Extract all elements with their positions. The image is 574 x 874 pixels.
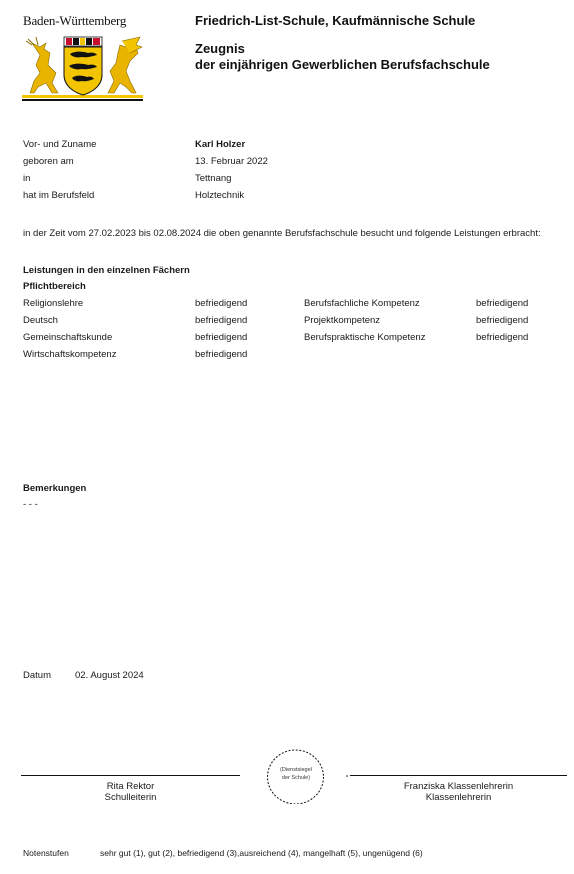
teacher-name: Franziska Klassenlehrerin [350, 781, 567, 792]
coat-of-arms-icon [22, 35, 143, 103]
attendance-period-text: in der Zeit vom 27.02.2023 bis 02.08.202… [23, 228, 568, 239]
birthdate-label: geboren am [23, 156, 74, 167]
date-value: 02. August 2024 [75, 670, 144, 681]
subject-name: Wirtschaftskompetenz [23, 349, 116, 360]
subject-grade: befriedigend [476, 332, 528, 343]
subject-grade: befriedigend [195, 332, 247, 343]
principal-name: Rita Rektor [21, 781, 240, 792]
seal-label-line2: der Schule) [266, 774, 326, 782]
teacher-role: Klassenlehrerin [350, 792, 567, 803]
remarks-text: - - - [23, 499, 38, 510]
subject-name: Gemeinschaftskunde [23, 332, 112, 343]
subject-grade: befriedigend [195, 315, 247, 326]
remarks-heading: Bemerkungen [23, 483, 86, 494]
document-subtitle: der einjährigen Gewerblichen Berufsfachs… [195, 57, 490, 72]
birthplace-value: Tettnang [195, 173, 231, 184]
grading-scale-text: sehr gut (1), gut (2), befriedigend (3),… [100, 848, 423, 858]
principal-role: Schulleiterin [21, 792, 240, 803]
birthplace-label: in [23, 173, 30, 184]
state-name: Baden-Württemberg [23, 13, 126, 29]
name-label: Vor- und Zuname [23, 139, 96, 150]
name-value: Karl Holzer [195, 139, 245, 150]
subject-name: Berufspraktische Kompetenz [304, 332, 425, 343]
signature-line-left [21, 775, 240, 776]
seal-label: (Dienstsiegel der Schule) [266, 766, 326, 782]
field-label: hat im Berufsfeld [23, 190, 94, 201]
subject-name: Projektkompetenz [304, 315, 380, 326]
field-value: Holztechnik [195, 190, 244, 201]
subject-grade: befriedigend [195, 298, 247, 309]
subject-grade: befriedigend [476, 298, 528, 309]
grades-heading: Leistungen in den einzelnen Fächern [23, 265, 190, 276]
subject-name: Deutsch [23, 315, 58, 326]
date-label: Datum [23, 670, 51, 681]
birthdate-value: 13. Februar 2022 [195, 156, 268, 167]
seal-label-line1: (Dienstsiegel [266, 766, 326, 774]
signature-line-right [350, 775, 567, 776]
school-name: Friedrich-List-Schule, Kaufmännische Sch… [195, 13, 475, 28]
subject-name: Berufsfachliche Kompetenz [304, 298, 420, 309]
subject-grade: befriedigend [195, 349, 247, 360]
subject-grade: befriedigend [476, 315, 528, 326]
document-title: Zeugnis [195, 41, 245, 56]
signature-right: Franziska Klassenlehrerin Klassenlehreri… [350, 781, 567, 803]
grading-scale-label: Notenstufen [23, 848, 69, 858]
subject-name: Religionslehre [23, 298, 83, 309]
signature-left: Rita Rektor Schulleiterin [21, 781, 240, 803]
mandatory-subheading: Pflichtbereich [23, 281, 86, 292]
